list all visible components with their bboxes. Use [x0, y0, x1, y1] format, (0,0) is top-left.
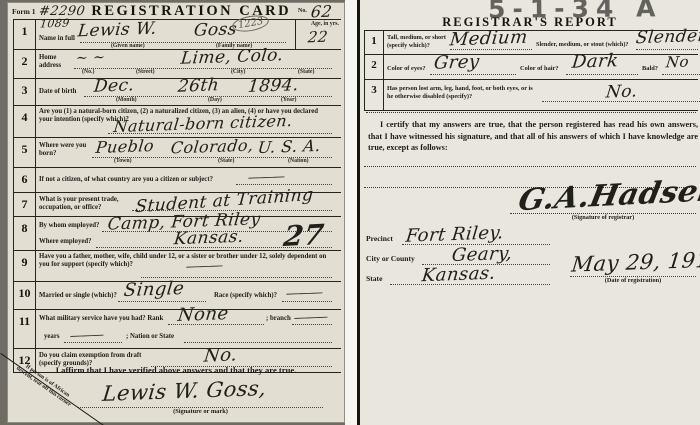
address-tick-mark: ~ ~	[75, 49, 106, 66]
row-number: 9	[13, 251, 36, 281]
not-citizen-label: If not a citizen, of what country are yo…	[39, 176, 213, 184]
age-value: 22	[307, 28, 329, 47]
no-sublabel: (No.)	[82, 69, 94, 75]
registrar-signature-sublabel: (Signature of registrar)	[510, 214, 696, 221]
row-married-race: 10 Married or single (which)? Single Rac…	[13, 281, 341, 309]
row-military-service: 11 What military service have you had? R…	[13, 309, 341, 348]
row-number: 11	[13, 310, 36, 348]
married-value: Single	[123, 278, 185, 301]
state-sublabel: (State)	[218, 158, 234, 164]
given-name-value: Lewis W.	[77, 19, 158, 42]
where-born-label: Where were you born?	[39, 142, 87, 157]
row-citizenship: 4 Are you (1) a natural-born citizen, (2…	[13, 105, 341, 137]
military-branch-value: ———	[293, 309, 328, 324]
overwritten-number: 27	[282, 218, 326, 253]
registration-form-table: 1 1089 Name in full (Given name) (Family…	[13, 19, 341, 373]
eyes-value: Grey	[433, 51, 481, 74]
military-rank-value: None	[177, 303, 230, 326]
race-value: ———	[285, 285, 323, 301]
name-label: Name in full	[39, 35, 75, 43]
born-nation-value: U. S. A.	[257, 136, 322, 157]
town-sublabel: (Town)	[114, 158, 132, 164]
row-number: 1	[364, 31, 384, 54]
disability-label: Has person lost arm, leg, hand, foot, or…	[387, 85, 539, 100]
row-eyes-hair-bald: 2 Color of eyes? Grey Color of hair? Dar…	[364, 54, 698, 79]
military-years-value: ———	[69, 327, 104, 342]
family-name-value: Goss	[193, 19, 238, 40]
row-number: 10	[13, 282, 36, 309]
row-disability: 3 Has person lost arm, leg, hand, foot, …	[364, 79, 698, 111]
precinct-label: Precinct	[366, 235, 393, 243]
born-town-value: Pueblo	[95, 136, 155, 157]
row-number: 3	[13, 79, 36, 105]
date-of-birth-label: Date of birth	[39, 88, 76, 96]
registration-date-value: May 29, 1917	[570, 247, 700, 276]
registrar-certification-text: I certify that my answers are true, that…	[368, 119, 698, 154]
registrant-signature: Lewis W. Goss,	[101, 376, 267, 406]
day-sublabel: (Day)	[208, 97, 222, 103]
not-citizen-value: ———	[247, 169, 285, 185]
where-employed-value: Kansas.	[173, 227, 245, 249]
height-value: Medium	[449, 27, 529, 51]
born-state-value: Colorado,	[170, 136, 255, 158]
city-sublabel: (City)	[231, 69, 246, 75]
military-rank-label: What military service have you had? Rank	[39, 315, 163, 323]
row-employer: 8 By whom employed? Camp, Fort Riley Whe…	[13, 216, 341, 250]
birth-year-value: 1894.	[247, 75, 300, 97]
where-employed-label: Where employed?	[39, 238, 92, 246]
order-number-handwritten: 1089	[39, 16, 70, 30]
married-label: Married or single (which)?	[39, 292, 117, 300]
draft-card-scan: Form 1 #2290 REGISTRATION CARD No. 62 1 …	[0, 0, 700, 425]
signature-or-mark-sublabel: (Signature or mark)	[78, 408, 323, 415]
row-height-build: 1 Tall, medium, or short (specify which)…	[364, 30, 698, 54]
state-sublabel: (State)	[298, 69, 314, 75]
eyes-label: Color of eyes?	[387, 65, 426, 73]
military-branch-label: ; branch	[266, 315, 291, 323]
row-number: 5	[13, 138, 36, 167]
registration-date-sublabel: (Date of registration)	[570, 277, 696, 284]
build-label: Slender, medium, or stout (which)?	[536, 41, 628, 49]
home-address-label: Home address	[39, 54, 69, 69]
row-number: 4	[13, 106, 36, 137]
nation-sublabel: (Nation)	[288, 158, 309, 164]
dependents-value: ———	[185, 258, 223, 274]
form-number-label: Form 1	[12, 8, 36, 16]
row-number: 6	[13, 168, 36, 192]
age-box: Age, in yrs. 22	[295, 20, 341, 49]
row-dependents: 9 Have you a father, mother, wife, child…	[13, 250, 341, 281]
state-label: State	[366, 275, 382, 283]
row-name: 1 1089 Name in full (Given name) (Family…	[13, 19, 341, 49]
registrars-report-card: 5-1-34 A REGISTRAR'S REPORT 1 Tall, medi…	[357, 0, 700, 425]
row-home-address: 2 Home address (No.) (Street) (City) (St…	[13, 49, 341, 78]
home-address-value: Lime, Colo.	[180, 45, 285, 69]
card-gap	[345, 0, 357, 425]
disability-value: No.	[605, 81, 639, 102]
row-date-of-birth: 3 Date of birth (Month) (Day) (Year) Dec…	[13, 78, 341, 105]
hair-value: Dark	[571, 50, 620, 73]
row-number: 1	[13, 20, 36, 49]
no-label: No.	[298, 8, 307, 16]
affirmation-statement: I affirm that I have verified above answ…	[8, 365, 344, 375]
build-value: Slender	[635, 26, 700, 48]
row-where-born: 5 Where were you born? (Town) (State) (N…	[13, 137, 341, 167]
bald-value: No	[665, 53, 690, 72]
bald-label: Bald?	[642, 65, 658, 73]
hair-label: Color of hair?	[520, 65, 559, 73]
row-number: 2	[364, 55, 384, 79]
birth-month-value: Dec.	[93, 75, 136, 96]
race-label: Race (specify which)?	[214, 292, 277, 300]
registrars-report-table: 1 Tall, medium, or short (specify which)…	[364, 30, 698, 111]
row-number: 8	[13, 217, 36, 250]
age-label: Age, in yrs.	[311, 21, 339, 27]
by-whom-employed-label: By whom employed?	[39, 222, 99, 230]
state-value: Kansas.	[421, 263, 497, 287]
exemption-value: No.	[203, 344, 239, 366]
row-number: 2	[13, 50, 36, 78]
nation-or-state-label: ; Nation or State	[126, 333, 174, 341]
row-number: 7	[13, 193, 36, 216]
registration-card: Form 1 #2290 REGISTRATION CARD No. 62 1 …	[7, 2, 345, 423]
city-or-county-label: City or County	[366, 255, 415, 263]
row-number: 3	[364, 80, 384, 110]
street-sublabel: (Street)	[136, 69, 155, 75]
year-sublabel: (Year)	[281, 97, 296, 103]
month-sublabel: (Month)	[116, 97, 137, 103]
birth-day-value: 26th	[177, 75, 220, 96]
occupation-label: What is your present trade, occupation, …	[39, 196, 131, 211]
height-label: Tall, medium, or short (specify which)?	[387, 34, 449, 49]
military-years-label: years	[44, 333, 59, 341]
